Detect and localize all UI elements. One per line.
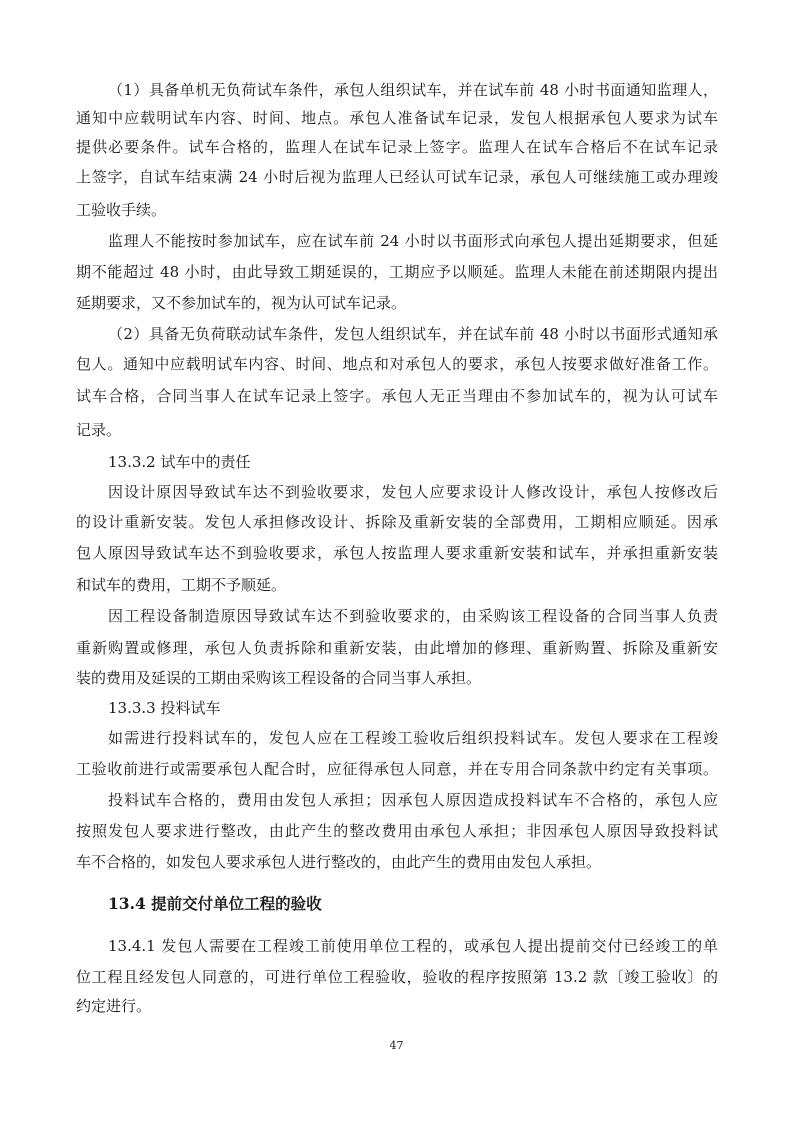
section-heading-13-3-3: 13.3.3 投料试车 — [108, 697, 718, 719]
paragraph-line: 因工程设备制造原因导致试车达不到验收要求的，由采购该工程设备的合同当事人负责 — [108, 605, 718, 627]
paragraph-line: （2）具备无负荷联动试车条件，发包人组织试车，并在试车前 48 小时以书面形式通… — [108, 323, 718, 345]
paragraph-line: 包人原因导致试车达不到验收要求，承包人按监理人要求重新安装和试车，并承担重新安装 — [76, 542, 718, 564]
paragraph-line: 通知中应载明试车内容、时间、地点。承包人准备试车记录，发包人根据承包人要求为试车 — [76, 107, 718, 129]
paragraph-line: 投料试车合格的，费用由发包人承担；因承包人原因造成投料试车不合格的，承包人应 — [108, 789, 718, 811]
paragraph-line: 按照发包人要求进行整改，由此产生的整改费用由承包人承担；非因承包人原因导致投料试 — [76, 820, 718, 842]
section-heading-13-3-2: 13.3.2 试车中的责任 — [108, 451, 718, 473]
paragraph-line: 上签字，自试车结束满 24 小时后视为监理人已经认可试车记录，承包人可继续施工或… — [76, 166, 718, 188]
paragraph-line: 重新购置或修理，承包人负责拆除和重新安装，由此增加的修理、重新购置、拆除及重新安 — [76, 637, 718, 659]
section-heading-13-4: 13.4 提前交付单位工程的验收 — [108, 893, 718, 915]
paragraph-line: 和试车的费用，工期不予顺延。 — [76, 574, 718, 596]
paragraph-line: 如需进行投料试车的，发包人应在工程竣工验收后组织投料试车。发包人要求在工程竣 — [108, 727, 718, 749]
paragraph-line: 试车合格，合同当事人在试车记录上签字。承包人无正当理由不参加试车的，视为认可试车 — [76, 385, 718, 407]
paragraph-line: 工验收手续。 — [76, 199, 718, 221]
page-number: 47 — [0, 1037, 793, 1055]
paragraph-line: 车不合格的，如发包人要求承包人进行整改的，由此产生的费用由发包人承担。 — [76, 851, 718, 873]
paragraph-line: 的设计重新安装。发包人承担修改设计、拆除及重新安装的全部费用，工期相应顺延。因承 — [76, 511, 718, 533]
paragraph-line: 包人。通知中应载明试车内容、时间、地点和对承包人的要求，承包人按要求做好准备工作… — [76, 353, 718, 375]
paragraph-line: 约定进行。 — [76, 995, 718, 1017]
document-page: （1）具备单机无负荷试车条件，承包人组织试车，并在试车前 48 小时书面通知监理… — [0, 0, 793, 1122]
paragraph-line: 因设计原因导致试车达不到验收要求，发包人应要求设计人修改设计，承包人按修改后 — [108, 481, 718, 503]
paragraph-line: 工验收前进行或需要承包人配合时，应征得承包人同意，并在专用合同条款中约定有关事项… — [76, 758, 718, 780]
paragraph-line: 记录。 — [76, 419, 718, 441]
paragraph-line: 13.4.1 发包人需要在工程竣工前使用单位工程的，或承包人提出提前交付已经竣工… — [108, 935, 718, 957]
paragraph-line: 延期要求，又不参加试车的，视为认可试车记录。 — [76, 292, 718, 314]
paragraph-line: 装的费用及延误的工期由采购该工程设备的合同当事人承担。 — [76, 667, 718, 689]
paragraph-line: 位工程且经发包人同意的，可进行单位工程验收，验收的程序按照第 13.2 款〔竣工… — [76, 966, 718, 988]
paragraph-line: 监理人不能按时参加试车，应在试车前 24 小时以书面形式向承包人提出延期要求，但… — [108, 230, 718, 252]
paragraph-line: （1）具备单机无负荷试车条件，承包人组织试车，并在试车前 48 小时书面通知监理… — [108, 79, 718, 101]
paragraph-line: 期不能超过 48 小时，由此导致工期延误的，工期应予以顺延。监理人未能在前述期限… — [76, 261, 718, 283]
paragraph-line: 提供必要条件。试车合格的，监理人在试车记录上签字。监理人在试车合格后不在试车记录 — [76, 136, 718, 158]
